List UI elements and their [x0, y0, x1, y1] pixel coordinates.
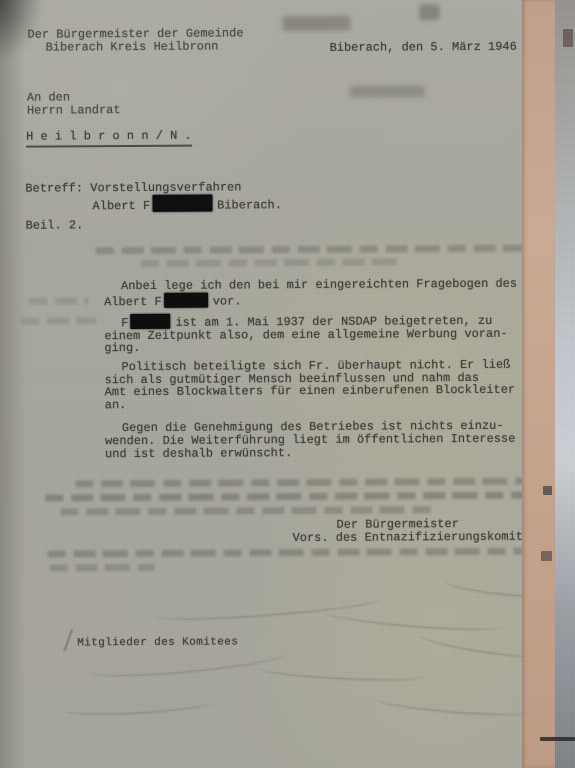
- handwriting-slash-mark: [63, 629, 73, 652]
- edge-line-mark: [540, 737, 575, 741]
- handwriting-bleed-mark: [258, 660, 429, 684]
- underlying-page-edge-gray: [555, 0, 575, 768]
- body-line: Anbei lege ich den bei mir eingereichten…: [104, 277, 574, 292]
- body-line: Albert Fvor.: [104, 290, 574, 308]
- subject-place: Biberach.: [217, 198, 282, 212]
- photo-corner-shadow: [0, 0, 44, 62]
- body-text: Albert F: [104, 294, 162, 308]
- body-text: vor.: [213, 294, 242, 308]
- letter-body: Anbei lege ich den bei mir eingereichten…: [104, 277, 575, 467]
- paragraph: Anbei lege ich den bei mir eingereichten…: [104, 277, 574, 308]
- ink-smudge: [282, 16, 350, 31]
- signature-block: Der Bürgermeister Vors. des Entnazifizie…: [292, 518, 544, 545]
- body-line: und ist deshalb erwünscht.: [105, 445, 575, 460]
- enclosure-note: Beil. 2.: [26, 219, 84, 232]
- redaction-box: [152, 195, 212, 212]
- subject-line-1: Betreff: Vorstellungsverfahren: [25, 181, 241, 195]
- body-line: wenden. Die Weiterführung liegt im öffen…: [105, 432, 575, 447]
- bleed-through-mark: [50, 564, 155, 572]
- ink-smudge: [350, 85, 425, 97]
- paragraph: Fist am 1. Mai 1937 der NSDAP beigetrete…: [104, 312, 574, 356]
- recipient-city-underlined: H e i l b r o n n / N .: [26, 130, 192, 148]
- paragraph: Gegen die Genehmigung des Betriebes ist …: [105, 420, 575, 461]
- bleed-through-mark: [29, 297, 89, 304]
- redaction-box: [130, 314, 170, 329]
- subject-line-2: Albert FBiberach.: [92, 194, 282, 213]
- bleed-through-mark: [45, 492, 542, 502]
- bleed-through-mark: [60, 506, 435, 515]
- handwriting-bleed-mark: [63, 694, 214, 719]
- bleed-through-mark: [21, 317, 96, 324]
- scanned-letter-photo: Der Bürgermeister der Gemeinde Biberach …: [0, 0, 575, 768]
- dateline: Biberach, den 5. März 1946: [330, 41, 517, 55]
- bleed-through-mark: [48, 548, 523, 558]
- sender-line-2: Biberach Kreis Heilbronn: [46, 40, 219, 54]
- paragraph: Politisch beteiligte sich Fr. überhaupt …: [104, 358, 574, 411]
- edge-mark: [563, 29, 573, 47]
- edge-mark: [543, 486, 552, 495]
- handwriting-bleed-mark: [323, 604, 504, 635]
- subject-name: Albert F: [92, 199, 150, 213]
- bleed-through-mark: [96, 245, 541, 255]
- signature-role: Vors. des Entnazifizierungskomitees: [293, 530, 545, 544]
- edge-mark: [541, 551, 552, 561]
- handwriting-bleed-mark: [373, 691, 534, 720]
- body-line: Amt eines Blockwalters für einen einberu…: [105, 383, 575, 398]
- ink-smudge: [419, 4, 439, 20]
- bleed-through-mark: [75, 478, 525, 488]
- body-line: einem Zeitpunkt also, dem eine allgemein…: [104, 327, 574, 342]
- letter-page: Der Bürgermeister der Gemeinde Biberach …: [0, 0, 575, 768]
- recipient-line-2: Herrn Landrat: [27, 104, 121, 118]
- redaction-box: [164, 292, 208, 307]
- underlying-page-edge-tan: [522, 0, 555, 768]
- bleed-through-mark: [141, 258, 401, 267]
- committee-members-note: Mitglieder des Komitees: [77, 636, 238, 650]
